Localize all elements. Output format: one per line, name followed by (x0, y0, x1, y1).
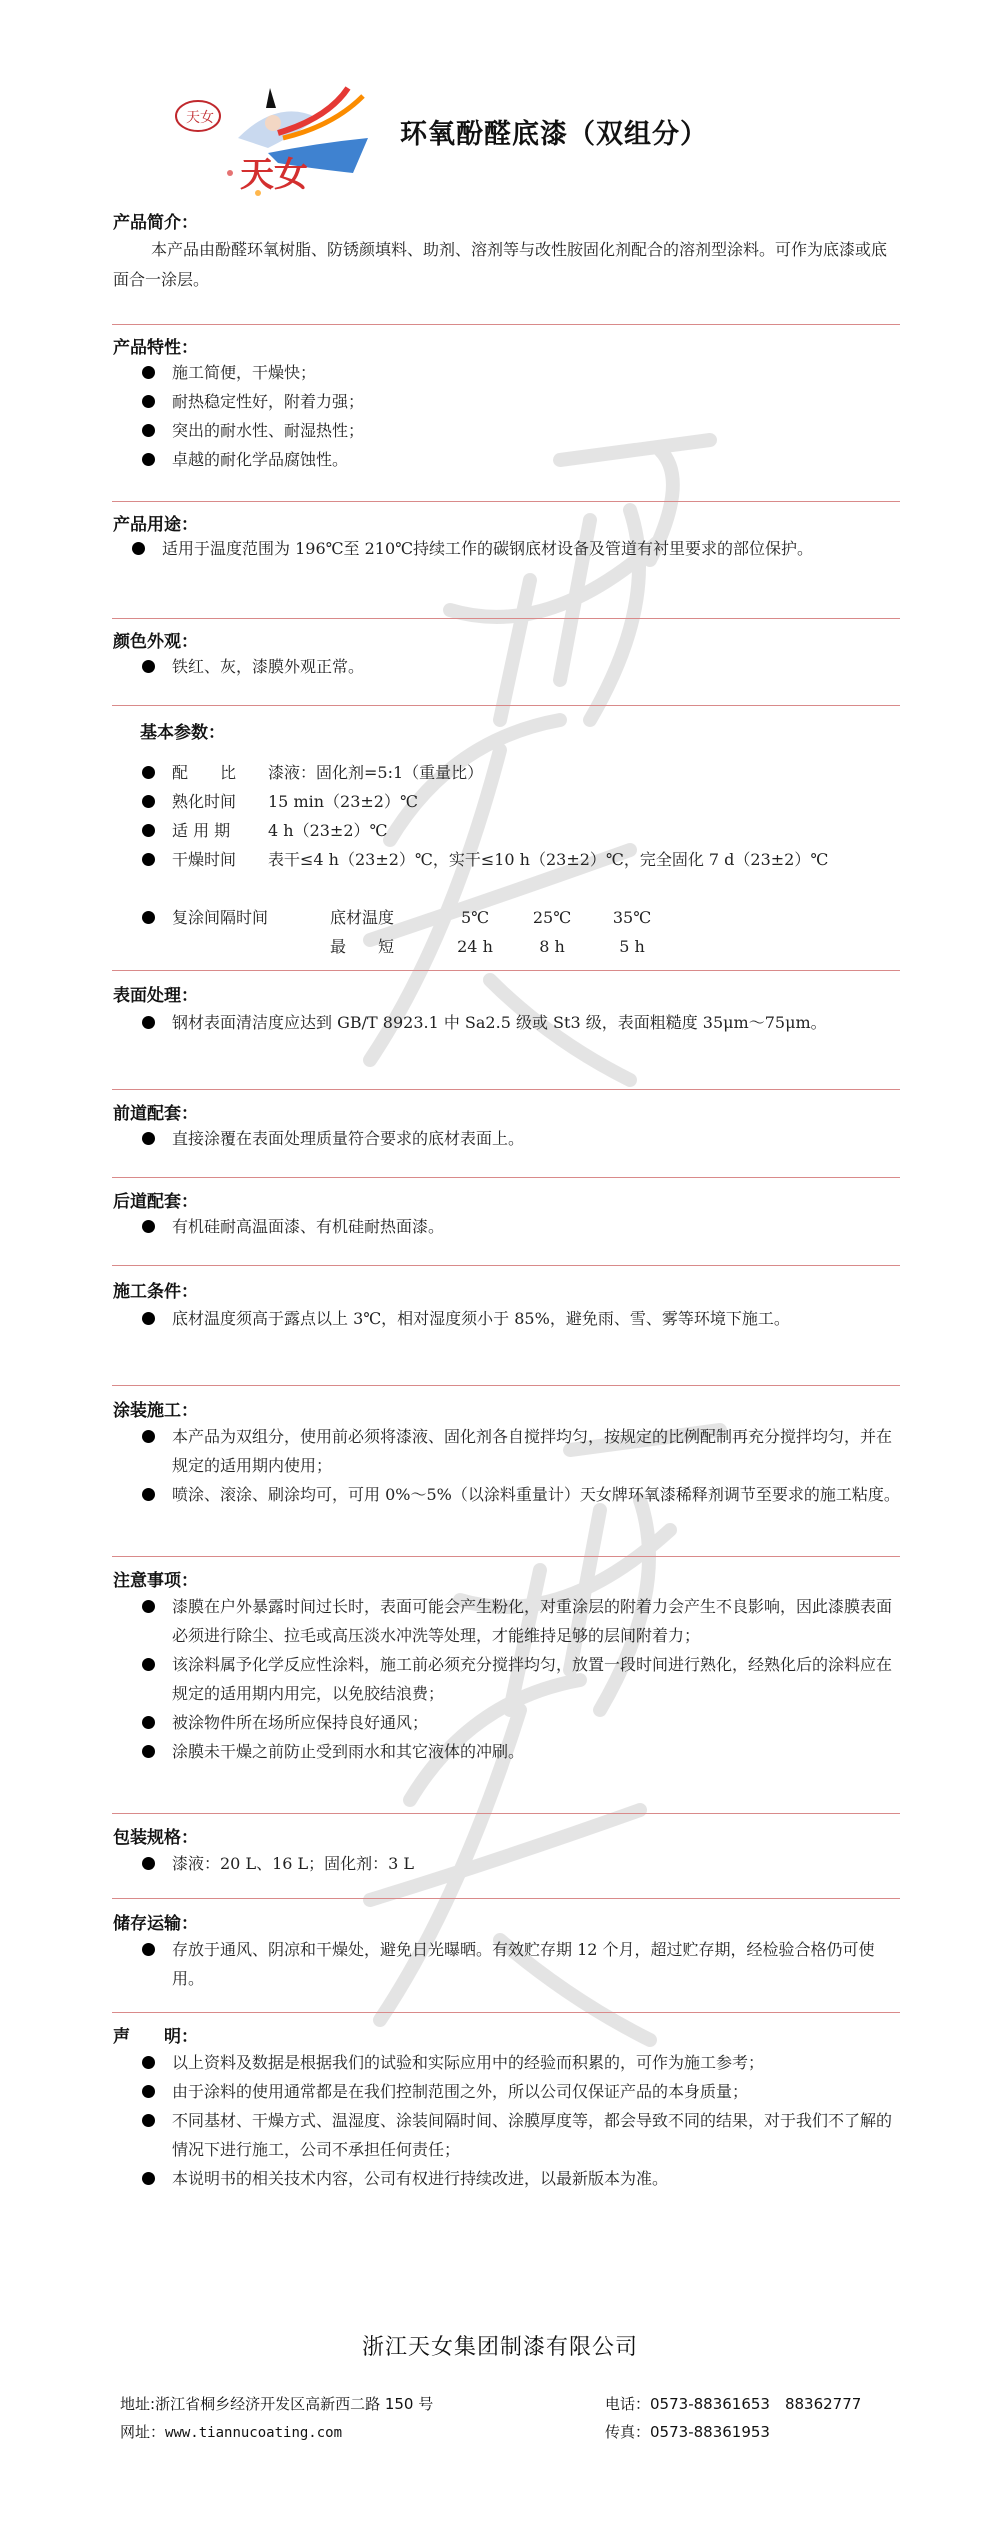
fairy-logo-icon: 天女 天女 (168, 78, 378, 198)
section-heading-packaging: 包装规格： (113, 1823, 198, 1848)
list-item: 漆膜在户外暴露时间过长时，表面可能会产生粉化，对重涂层的附着力会产生不良影响，因… (140, 1592, 900, 1650)
bullet-icon (142, 1600, 155, 1613)
param-row-potlife: 适 用 期 4 h（23±2）℃ (140, 816, 900, 845)
section-heading-usage: 产品用途： (113, 510, 198, 535)
section-heading-conditions: 施工条件： (113, 1277, 198, 1302)
storage-list: 存放于通风、阴凉和干燥处，避免日光曝晒。有效贮存期 12 个月，超过贮存期，经检… (140, 1935, 900, 1993)
application-list: 本产品为双组分，使用前必须将漆液、固化剂各自搅拌均匀，按规定的比例配制再充分搅拌… (140, 1422, 900, 1509)
section-heading-surface: 表面处理： (113, 981, 198, 1006)
section-divider (112, 705, 900, 706)
bullet-icon (142, 1857, 155, 1870)
list-item: 涂膜未干燥之前防止受到雨水和其它液体的冲刷。 (140, 1737, 900, 1766)
bullet-icon (142, 660, 155, 673)
usage-list: 适用于温度范围为 196℃至 210℃持续工作的碳钢底材设备及管道有衬里要求的部… (130, 534, 900, 563)
list-item: 漆液：20 L、16 L；固化剂：3 L (140, 1849, 900, 1878)
company-name: 浙江天女集团制漆有限公司 (0, 2330, 1000, 2361)
bullet-icon (142, 824, 155, 837)
bullet-icon (142, 1430, 155, 1443)
fax-value: 0573-88361953 (650, 2423, 770, 2441)
section-divider (112, 1385, 900, 1386)
fax-label: 传真： (605, 2423, 650, 2441)
bullet-icon (142, 2114, 155, 2127)
section-heading-application: 涂装施工： (113, 1396, 198, 1421)
param-row-ratio: 配 比 漆液：固化剂=5:1（重量比） (140, 758, 900, 787)
list-item: 喷涂、滚涂、刷涂均可，可用 0%～5%（以涂料重量计）天女牌环氧漆稀释剂调节至要… (140, 1480, 900, 1509)
bullet-icon (142, 1132, 155, 1145)
bullet-icon (142, 395, 155, 408)
website-label: 网址： (120, 2423, 165, 2441)
list-item: 本说明书的相关技术内容，公司有权进行持续改进，以最新版本为准。 (140, 2164, 900, 2193)
list-item: 该涂料属予化学反应性涂料，施工前必须充分搅拌均匀，放置一段时间进行熟化，经熟化后… (140, 1650, 900, 1708)
intro-paragraph: 本产品由酚醛环氧树脂、防锈颜填料、助剂、溶剂等与改性胺固化剂配合的溶剂型涂料。可… (113, 235, 898, 295)
section-divider (112, 1265, 900, 1266)
intro-text: 本产品由酚醛环氧树脂、防锈颜填料、助剂、溶剂等与改性胺固化剂配合的溶剂型涂料。可… (113, 240, 887, 289)
fax-line: 传真：0573-88361953 (605, 2421, 770, 2442)
list-item: 以上资料及数据是根据我们的试验和实际应用中的经验而积累的，可作为施工参考； (140, 2048, 900, 2077)
phone-label: 电话： (605, 2395, 650, 2413)
list-item: 不同基材、干燥方式、温湿度、涂装间隔时间、涂膜厚度等，都会导致不同的结果，对于我… (140, 2106, 900, 2164)
params-list: 配 比 漆液：固化剂=5:1（重量比） 熟化时间 15 min（23±2）℃ 适… (140, 758, 900, 961)
page-title: 环氧酚醛底漆（双组分） (400, 112, 708, 151)
param-row-recoat: 复涂间隔时间 底材温度 5℃ 25℃ 35℃ (140, 903, 900, 932)
bullet-icon (142, 1016, 155, 1029)
website-line: 网址：www.tiannucoating.com (120, 2421, 342, 2442)
bullet-icon (142, 1943, 155, 1956)
section-divider (112, 1089, 900, 1090)
phone-value: 0573-88361653 88362777 (650, 2395, 861, 2413)
features-list: 施工简便，干燥快； 耐热稳定性好，附着力强； 突出的耐水性、耐湿热性； 卓越的耐… (140, 358, 900, 474)
list-item: 直接涂覆在表面处理质量符合要求的底材表面上。 (140, 1124, 900, 1153)
post-coat-list: 有机硅耐高温面漆、有机硅耐热面漆。 (140, 1212, 900, 1241)
svg-text:天女: 天女 (240, 155, 308, 195)
packaging-list: 漆液：20 L、16 L；固化剂：3 L (140, 1849, 900, 1878)
address-label: 地址: (120, 2395, 155, 2413)
list-item: 突出的耐水性、耐湿热性； (140, 416, 900, 445)
pre-coat-list: 直接涂覆在表面处理质量符合要求的底材表面上。 (140, 1124, 900, 1153)
list-item: 有机硅耐高温面漆、有机硅耐热面漆。 (140, 1212, 900, 1241)
section-divider (112, 2012, 900, 2013)
section-divider (112, 1556, 900, 1557)
list-item: 底材温度须高于露点以上 3℃，相对湿度须小于 85%，避免雨、雪、雾等环境下施工… (140, 1304, 900, 1333)
list-item: 存放于通风、阴凉和干燥处，避免日光曝晒。有效贮存期 12 个月，超过贮存期，经检… (140, 1935, 900, 1993)
bullet-icon (142, 2056, 155, 2069)
bullet-icon (142, 766, 155, 779)
conditions-list: 底材温度须高于露点以上 3℃，相对湿度须小于 85%，避免雨、雪、雾等环境下施工… (140, 1304, 900, 1333)
list-item: 适用于温度范围为 196℃至 210℃持续工作的碳钢底材设备及管道有衬里要求的部… (130, 534, 900, 563)
section-heading-disclaimer: 声 明： (113, 2022, 198, 2047)
section-divider (112, 501, 900, 502)
section-divider (112, 1813, 900, 1814)
bullet-icon (142, 1488, 155, 1501)
website-link[interactable]: www.tiannucoating.com (165, 2425, 342, 2441)
list-item: 耐热稳定性好，附着力强； (140, 387, 900, 416)
bullet-icon (142, 795, 155, 808)
section-heading-features: 产品特性： (113, 333, 198, 358)
bullet-icon (142, 1716, 155, 1729)
section-heading-post-coat: 后道配套： (113, 1187, 198, 1212)
surface-list: 钢材表面清洁度应达到 GB/T 8923.1 中 Sa2.5 级或 St3 级，… (140, 1008, 900, 1037)
section-heading-appearance: 颜色外观： (113, 627, 198, 652)
bullet-icon (142, 853, 155, 866)
address-line: 地址:浙江省桐乡经济开发区高新西二路 150 号 (120, 2393, 433, 2414)
phone-line: 电话：0573-88361653 88362777 (605, 2393, 861, 2414)
section-divider (112, 1898, 900, 1899)
section-heading-params: 基本参数： (140, 718, 225, 743)
bullet-icon (142, 366, 155, 379)
param-row-induction: 熟化时间 15 min（23±2）℃ (140, 787, 900, 816)
bullet-icon (132, 542, 145, 555)
bullet-icon (142, 911, 155, 924)
bullet-icon (142, 1220, 155, 1233)
bullet-icon (142, 2172, 155, 2185)
bullet-icon (142, 453, 155, 466)
bullet-icon (142, 1658, 155, 1671)
param-row-drying: 干燥时间 表干≤4 h（23±2）℃，实干≤10 h（23±2）℃，完全固化 7… (140, 845, 900, 903)
list-item: 卓越的耐化学品腐蚀性。 (140, 445, 900, 474)
section-divider (112, 618, 900, 619)
list-item: 本产品为双组分，使用前必须将漆液、固化剂各自搅拌均匀，按规定的比例配制再充分搅拌… (140, 1422, 900, 1480)
svg-text:天女: 天女 (186, 110, 214, 126)
list-item: 被涂物件所在场所应保持良好通风； (140, 1708, 900, 1737)
list-item: 铁红、灰，漆膜外观正常。 (140, 652, 900, 681)
list-item: 由于涂料的使用通常都是在我们控制范围之外，所以公司仅保证产品的本身质量； (140, 2077, 900, 2106)
section-divider (112, 1177, 900, 1178)
disclaimer-list: 以上资料及数据是根据我们的试验和实际应用中的经验而积累的，可作为施工参考； 由于… (140, 2048, 900, 2193)
bullet-icon (142, 1745, 155, 1758)
section-heading-intro: 产品简介： (113, 208, 198, 233)
section-heading-notes: 注意事项： (113, 1566, 198, 1591)
bullet-icon (142, 1312, 155, 1325)
list-item: 施工简便，干燥快； (140, 358, 900, 387)
address-value: 浙江省桐乡经济开发区高新西二路 150 号 (155, 2395, 433, 2413)
appearance-list: 铁红、灰，漆膜外观正常。 (140, 652, 900, 681)
brand-logo: 天女 天女 (168, 78, 378, 198)
param-row-recoat-min: 最 短 24 h 8 h 5 h (140, 932, 900, 961)
section-heading-pre-coat: 前道配套： (113, 1099, 198, 1124)
bullet-icon (142, 2085, 155, 2098)
section-divider (112, 970, 900, 971)
notes-list: 漆膜在户外暴露时间过长时，表面可能会产生粉化，对重涂层的附着力会产生不良影响，因… (140, 1592, 900, 1766)
section-divider (112, 324, 900, 325)
list-item: 钢材表面清洁度应达到 GB/T 8923.1 中 Sa2.5 级或 St3 级，… (140, 1008, 900, 1037)
bullet-icon (142, 424, 155, 437)
section-heading-storage: 储存运输： (113, 1909, 198, 1934)
